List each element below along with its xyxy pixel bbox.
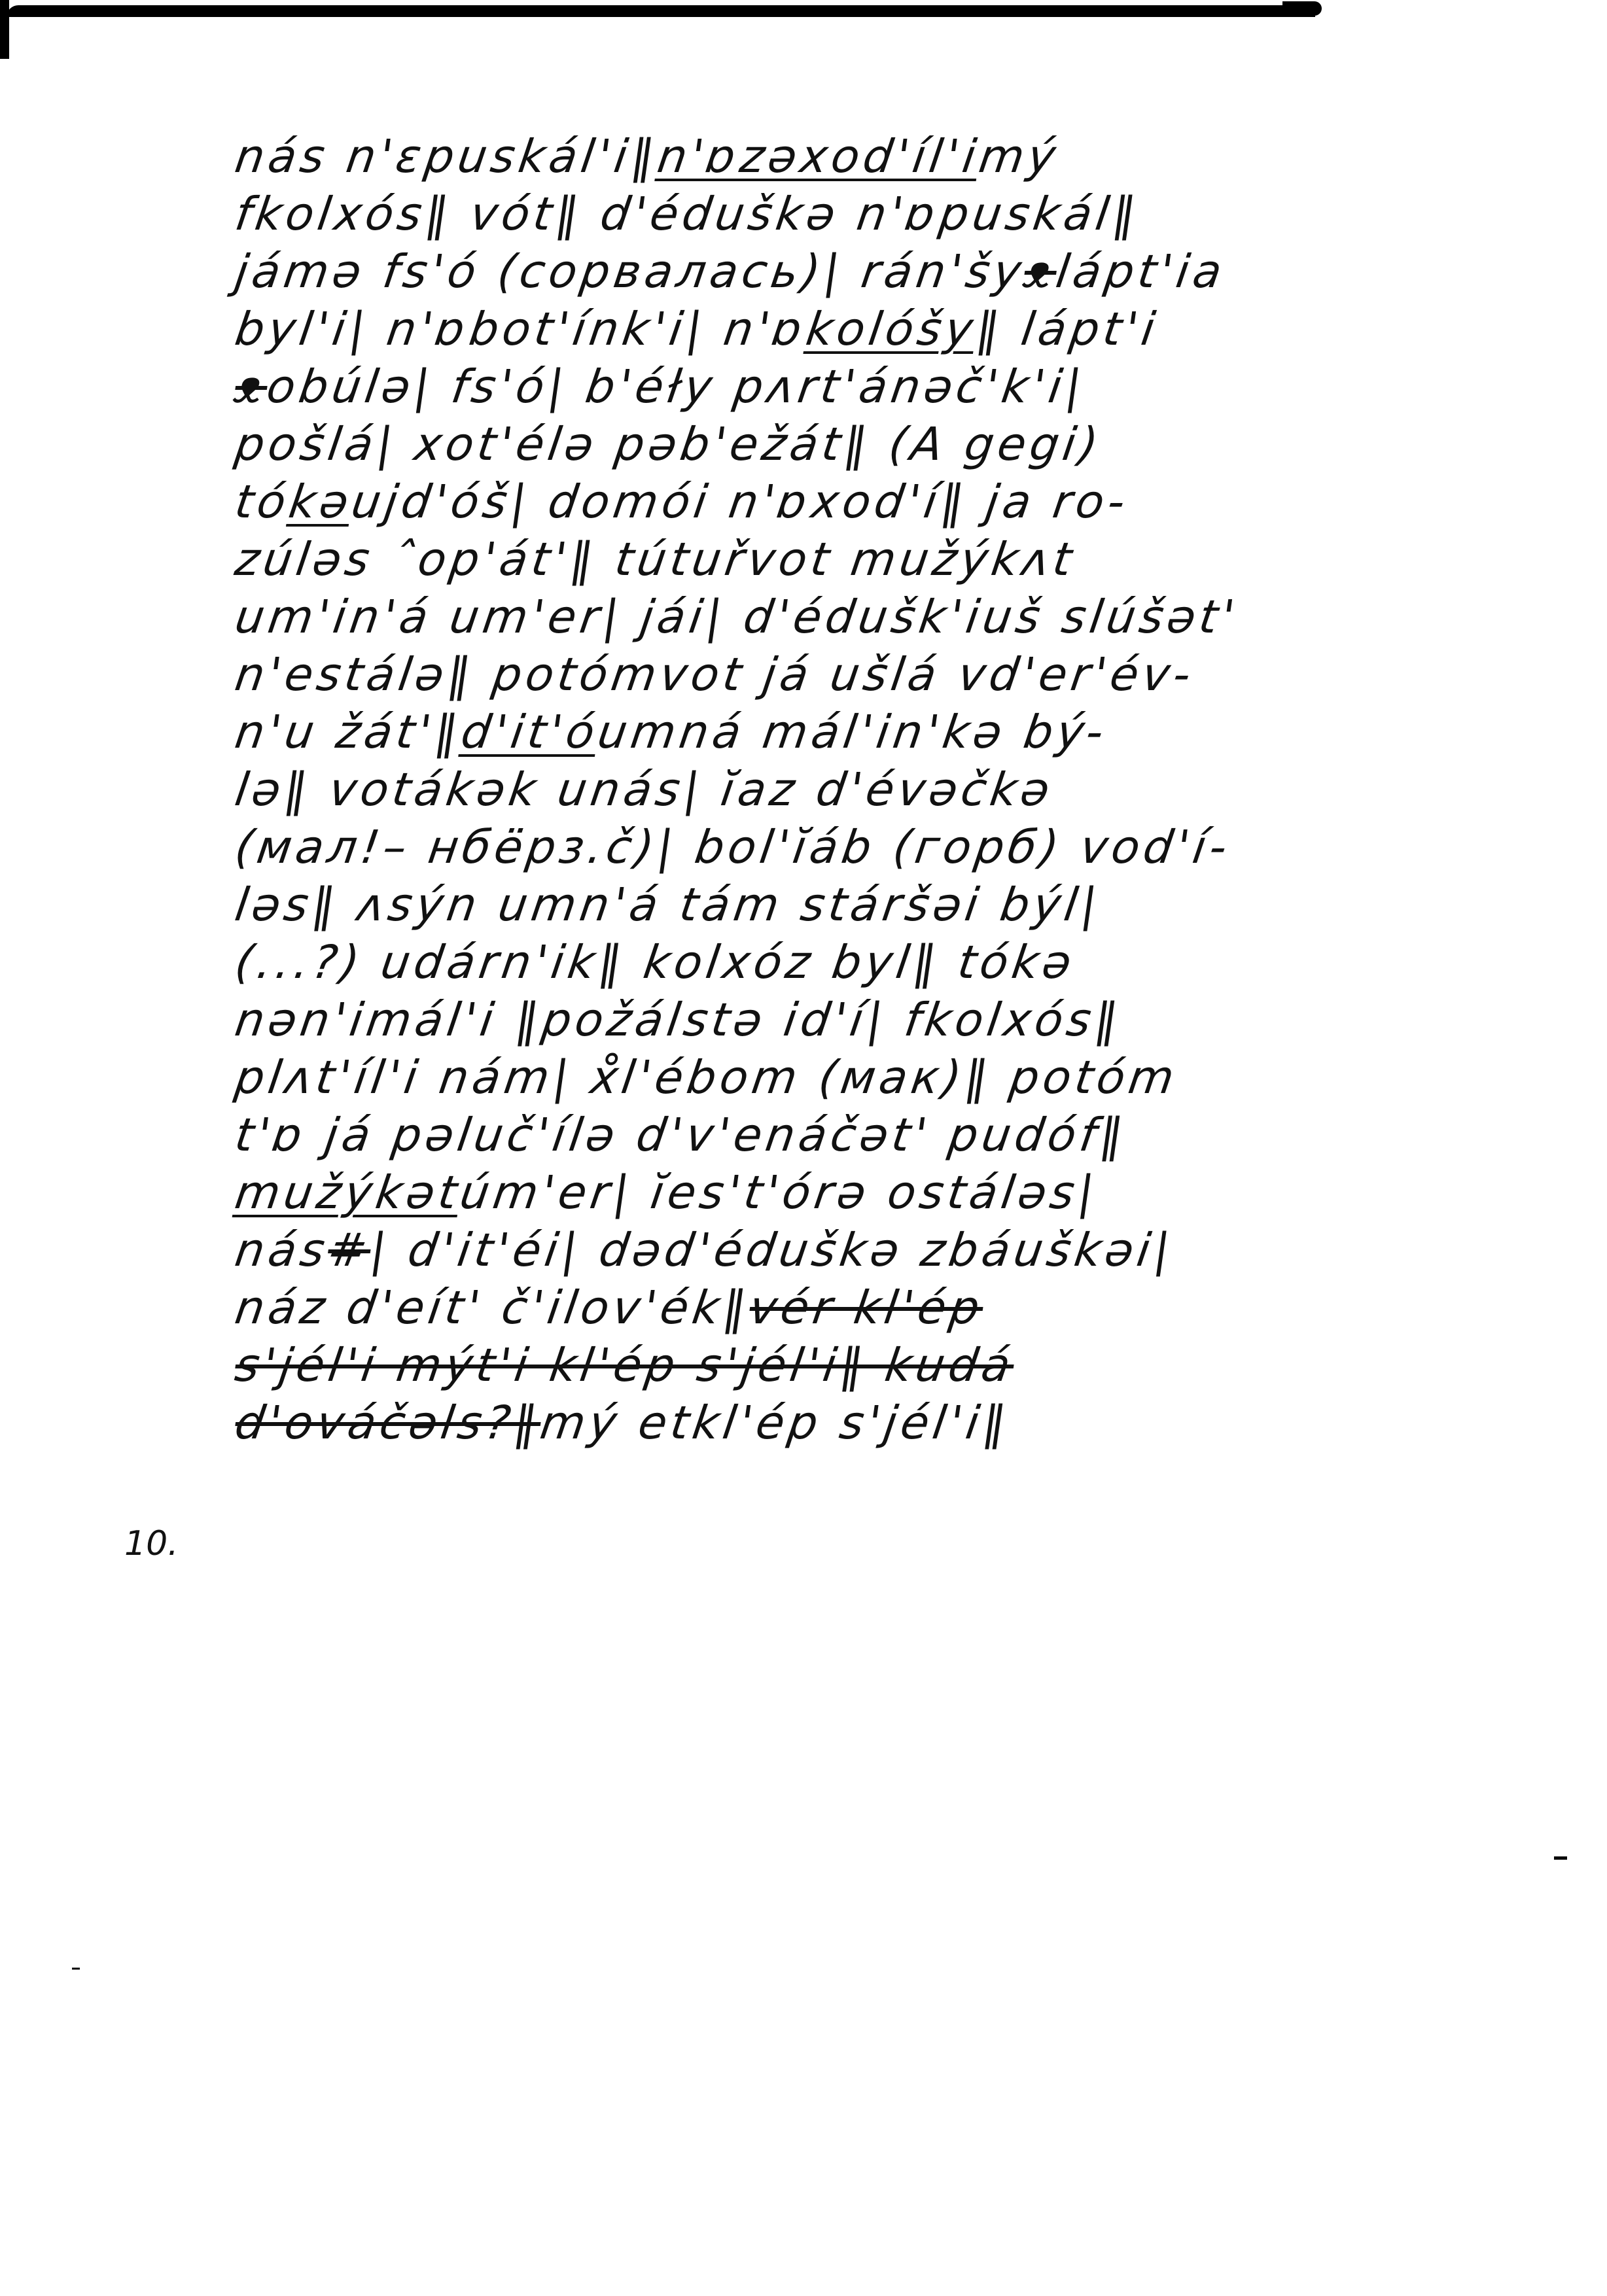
text-segment: (...?) udárn'ik‖ kolxóz byl‖ tókə [232,933,1079,991]
underlined-text: n'ɒzəxod'íl'i [654,128,983,185]
text-segment: tó [232,473,294,531]
text-line: (...?) udárn'ik‖ kolxóz byl‖ tókə [232,933,1365,991]
text-segment: náz d'eít' č'ilov'ék‖ [232,1279,754,1336]
margin-mark [1554,1856,1567,1860]
text-line: zúləs ˆop'át'‖ tútuřvot mužýkʌt [232,531,1365,588]
text-segment: nən'imál'i ‖požálstə id'í| fkolxós‖ [232,991,1126,1049]
text-segment: n'u žát'‖ [232,703,466,761]
text-segment: (мал!– нбёрз.č)| bol'ĭáb (горб) vod'í- [232,818,1235,876]
text-line: plʌt'íl'i nám| x̊l'ébom (мак)‖ potóm [232,1049,1365,1106]
text-segment: fkolxós‖ vót‖ d'éduškə n'ɒpuskál‖ [232,185,1144,243]
underlined-text: d'it'ó [457,703,602,761]
struck-text: s'jél'i mýt'i kl'ép s'jél'i‖ kudá [232,1336,1018,1394]
text-segment: nás [232,1221,332,1279]
text-segment: t'ɒ já pəluč'ílə d'v'enáčət' pudóf‖ [232,1106,1131,1164]
scan-edge-top [7,5,1315,17]
underlined-text: kolóšy [803,300,981,358]
text-line: nən'imál'i ‖požálstə id'í| fkolxós‖ [232,991,1365,1049]
text-line: nás n'ɛpuskál'i‖ n'ɒzəxod'íl'i mý [232,128,1365,185]
text-segment: ‖ lápt'i [972,300,1163,358]
text-segment: umná mál'in'kə bý- [594,703,1111,761]
handwritten-page: nás n'ɛpuskál'i‖ n'ɒzəxod'íl'i mýfkolxós… [236,128,1361,1452]
text-segment: um'in'á um'er| jái| d'édušk'iuš slúšət' [232,588,1242,646]
text-segment: obúlə| fs'ó| b'éły pʌrt'ánəč'k'i| [263,358,1089,415]
text-segment: pošlá| xot'élə pəb'ežát‖ (A gegi) [232,415,1106,473]
text-segment: jámə fs'ó (сорвалась)| rán'šy [232,243,1029,300]
text-line: d'ováčəls?‖ mý etkl'ép s'jél'i‖ [232,1394,1365,1452]
scan-edge-left [0,0,9,59]
text-line: n'estálə‖ potómvot já ušlá vd'er'év- [232,646,1365,703]
underlined-text: kə [285,473,356,531]
scan-edge-top-cap [1282,1,1322,16]
text-segment: ujd'óš| domói n'ɒxod'í‖ ja ro- [348,473,1133,531]
text-line: lə‖ votákək unás| ĭaz d'évəčkə [232,761,1365,818]
text-line: ləs‖ ʌsýn umn'á tám stáršəi býl| [232,876,1365,933]
text-segment: plʌt'íl'i nám| x̊l'ébom (мак)‖ potóm [232,1049,1182,1106]
text-line: pošlá| xot'élə pəb'ežát‖ (A gegi) [232,415,1365,473]
text-segment: mý etkl'ép s'jél'i‖ [537,1394,1014,1452]
text-line: s'jél'i mýt'i kl'ép s'jél'i‖ kudá [232,1336,1365,1394]
text-line: fkolxós‖ vót‖ d'éduškə n'ɒpuskál‖ [232,185,1365,243]
text-line: t'ɒ já pəluč'ílə d'v'enáčət' pudóf‖ [232,1106,1365,1164]
text-line: tókə ujd'óš| domói n'ɒxod'í‖ ja ro- [232,473,1365,531]
text-line: ᴥ obúlə| fs'ó| b'éły pʌrt'ánəč'k'i| [232,358,1365,415]
text-segment: lápt'ia [1053,243,1229,300]
text-segment: úm'er| ĭes't'órə ostáləs| [457,1164,1102,1221]
struck-text: vér kl'ép [746,1279,987,1336]
struck-text: d'ováčəls?‖ [232,1394,545,1452]
text-segment: ləs‖ ʌsýn umn'á tám stáršəi býl| [232,876,1104,933]
text-segment: byl'i| n'ɒbot'ínk'i| n'ɒ [232,300,811,358]
text-line: um'in'á um'er| jái| d'édušk'iuš slúšət' [232,588,1365,646]
text-segment: mý [976,128,1063,185]
text-segment: | d'it'éi| dəd'éduškə zbáuškəi| [366,1221,1177,1279]
text-line: nás#| d'it'éi| dəd'éduškə zbáuškəi| [232,1221,1365,1279]
text-segment: n'estálə‖ potómvot já ušlá vd'er'év- [232,646,1198,703]
margin-page-number: 10. [124,1524,179,1563]
text-segment: nás n'ɛpuskál'i‖ [232,128,662,185]
text-segment: lə‖ votákək unás| ĭaz d'évəčkə [232,761,1057,818]
margin-mark [72,1968,80,1970]
text-segment: zúləs ˆop'át'‖ tútuřvot mužýkʌt [232,531,1080,588]
text-line: náz d'eít' č'ilov'ék‖ vér kl'ép [232,1279,1365,1336]
text-line: mužýkət úm'er| ĭes't'órə ostáləs| [232,1164,1365,1221]
text-line: byl'i| n'ɒbot'ínk'i| n'ɒkolóšy‖ lápt'i [232,300,1365,358]
underlined-text: mužýkət [232,1164,465,1221]
text-line: n'u žát'‖ d'it'ó umná mál'in'kə bý- [232,703,1365,761]
text-line: jámə fs'ó (сорвалась)| rán'šyᴥ lápt'ia [232,243,1365,300]
text-line: (мал!– нбёрз.č)| bol'ĭáb (горб) vod'í- [232,818,1365,876]
